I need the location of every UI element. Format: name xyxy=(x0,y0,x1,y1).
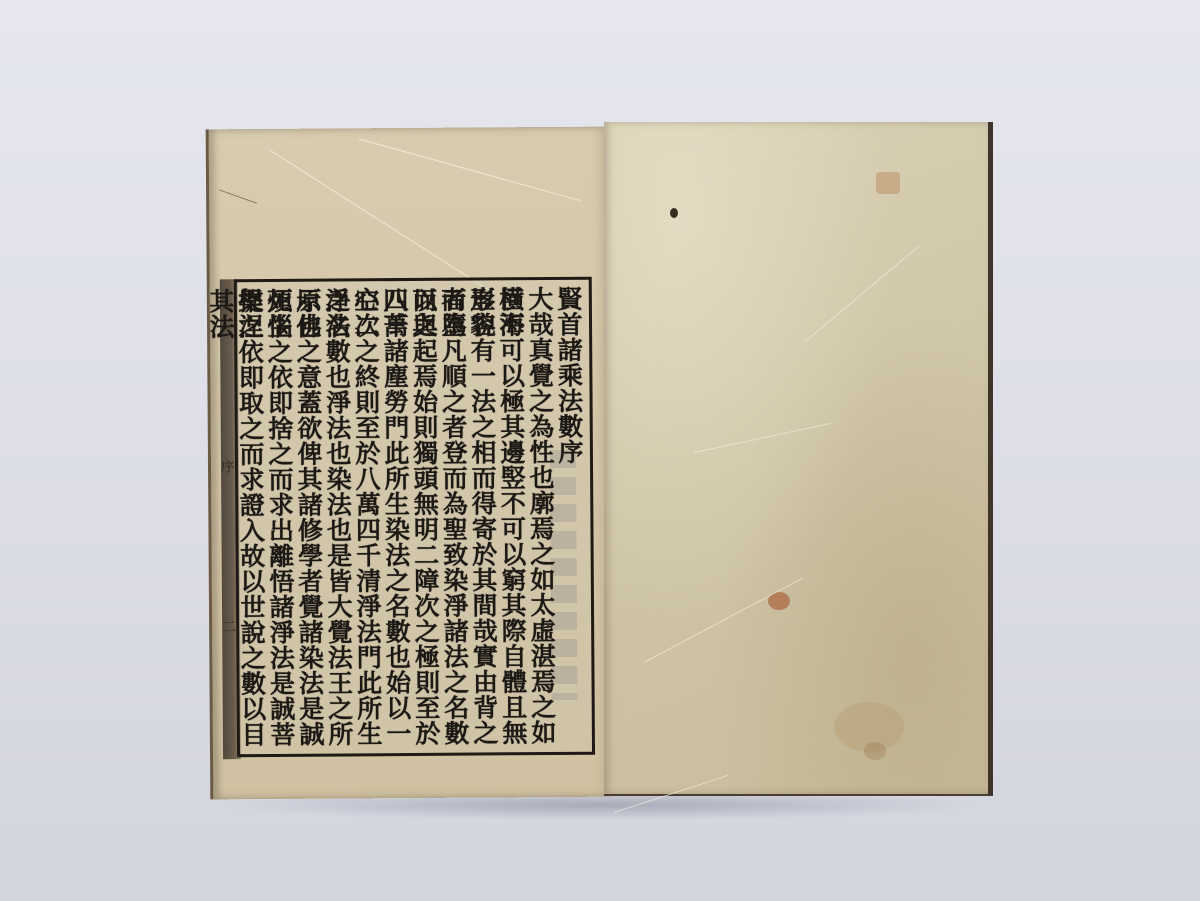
text-column-11: 槃之依即取之而求證入故以世說之數以目其法 xyxy=(235,288,267,748)
text-column-6: 四千諸塵勞門此所生染法之名數也始以一心二 xyxy=(380,287,412,747)
text-column-1: 大哉真覺之為性也廓焉之如太虛湛焉之如巨海 xyxy=(525,286,557,746)
text-frame: 賢首諸乘法數序 大哉真覺之為性也廓焉之如太虛湛焉之如巨海 横不可以極其邊竪不可以… xyxy=(234,277,595,757)
text-column-5: 而與起焉始則獨頭無明二障次之極則至於八萬 xyxy=(409,287,441,747)
text-column-4: 而為凡順之者登而為聖致染淨諸法之名數以之 xyxy=(438,287,470,747)
paper-fiber xyxy=(694,423,831,453)
text-column-3: 豈容有一法之相而得寄於其間哉實由背之者墮 xyxy=(467,286,499,746)
paper-crease xyxy=(359,138,581,201)
text-column-8: 之名數也淨法也染法也是皆大覺法王之所示也 xyxy=(322,287,354,747)
text-column-10: 死生之依即捨之而求出離悟諸淨法是誠菩提涅 xyxy=(264,288,296,748)
text-column-7: 空次之終則至於八萬四千清淨法門此所生淨法 xyxy=(351,287,383,747)
paper-fiber xyxy=(804,246,920,343)
paper-fiber xyxy=(644,578,803,663)
ink-spot xyxy=(670,208,678,218)
right-page-endpaper xyxy=(604,122,993,796)
paper-stain xyxy=(876,172,900,194)
preface-title: 賢首諸乘法數序 xyxy=(554,286,586,746)
text-columns: 賢首諸乘法數序 大哉真覺之為性也廓焉之如太虛湛焉之如巨海 横不可以極其邊竪不可以… xyxy=(247,286,586,748)
paper-stain xyxy=(864,742,886,760)
text-column-9: 原佛之意蓋欲俾其諸修學者覺諸染法是誠煩惱 xyxy=(293,288,325,748)
paper-crease xyxy=(269,149,489,290)
paper-tear xyxy=(219,189,257,203)
left-page: 序 二 賢首諸乘法數序 大哉真覺之為性也廓焉之如太虛湛焉之如巨海 横不可以極其邊… xyxy=(206,127,612,800)
text-column-2: 横不可以極其邊竪不可以窮其際自體且無形貌 xyxy=(496,286,528,746)
